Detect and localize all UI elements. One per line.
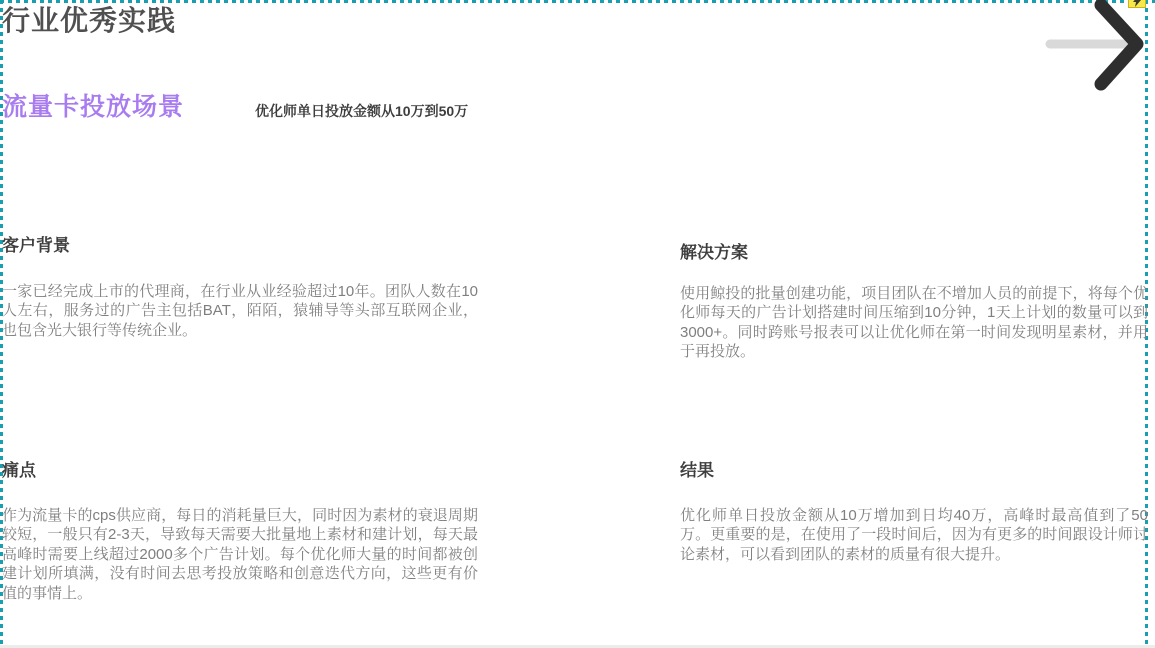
section-results: 结果 优化师单日投放金额从10万增加到日均40万，高峰时最高值到了50万。更重要… — [680, 461, 1148, 564]
highlight-stat: 优化师单日投放金额从10万到50万 — [255, 103, 468, 120]
section-heading: 解决方案 — [680, 243, 1148, 263]
lightning-bolt-icon — [1133, 0, 1141, 7]
section-customer-background: 客户背景 一家已经完成上市的代理商，在行业从业经验超过10年。团队人数在10人左… — [2, 236, 478, 340]
scenario-subtitle: 流量卡投放场景 — [2, 94, 184, 122]
section-pain-points: 痛点 作为流量卡的cps供应商，每日的消耗量巨大，同时因为素材的衰退周期较短，一… — [2, 461, 478, 603]
slide-canvas: 行业优秀实践 流量卡投放场景 优化师单日投放金额从10万到50万 客户背景 一家… — [0, 0, 1155, 648]
page-title: 行业优秀实践 — [2, 6, 176, 37]
section-body: 作为流量卡的cps供应商，每日的消耗量巨大，同时因为素材的衰退周期较短，一般只有… — [2, 506, 478, 604]
section-heading: 结果 — [680, 461, 1148, 481]
selection-border-top — [0, 0, 1155, 3]
section-solution: 解决方案 使用鲸投的批量创建功能，项目团队在不增加人员的前提下，将每个优化师每天… — [680, 243, 1148, 362]
section-body: 一家已经完成上市的代理商，在行业从业经验超过10年。团队人数在10人左右，服务过… — [2, 282, 478, 341]
right-arrow-icon — [1040, 0, 1148, 92]
lightning-badge[interactable] — [1128, 0, 1146, 8]
section-heading: 客户背景 — [2, 236, 478, 256]
section-body: 使用鲸投的批量创建功能，项目团队在不增加人员的前提下，将每个优化师每天的广告计划… — [680, 284, 1148, 362]
section-body: 优化师单日投放金额从10万增加到日均40万，高峰时最高值到了50万。更重要的是，… — [680, 506, 1148, 565]
section-heading: 痛点 — [2, 461, 478, 481]
